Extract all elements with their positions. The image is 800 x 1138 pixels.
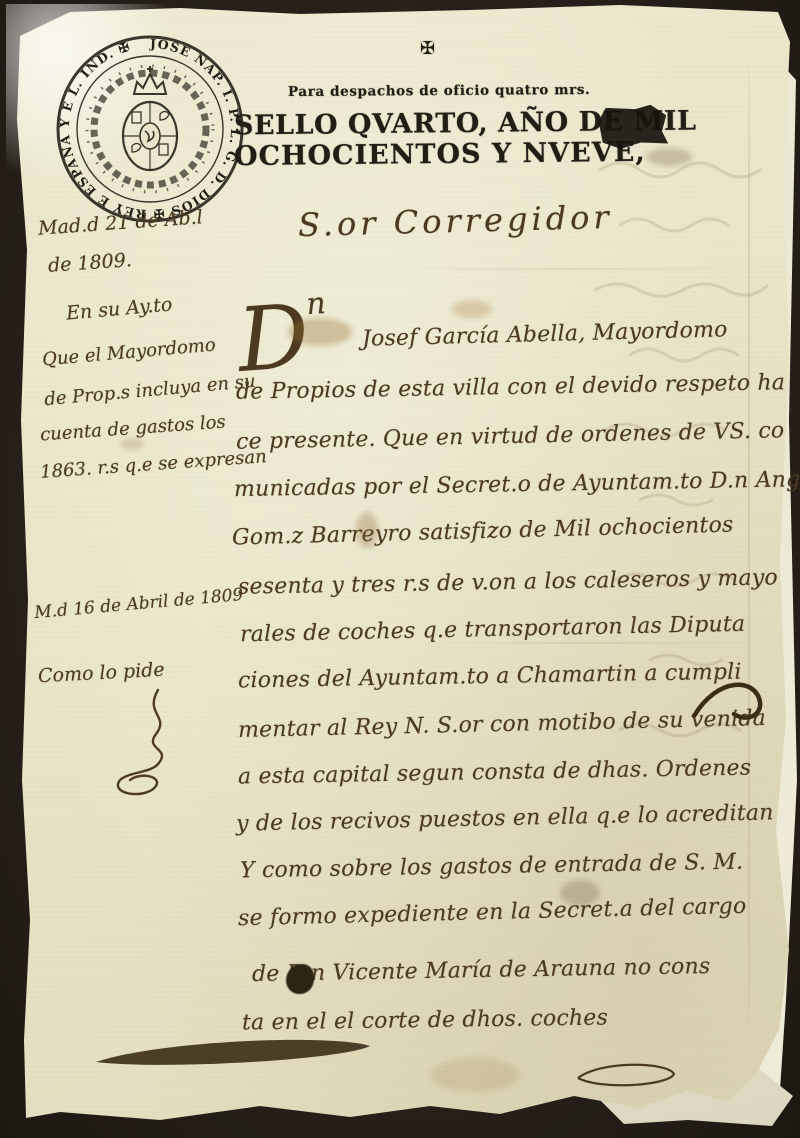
stain — [288, 318, 352, 346]
seal-center-monogram — [140, 123, 160, 149]
ink-blot — [286, 964, 314, 994]
stamp-fee-line: Para despachos de oficio quatro mrs. — [288, 82, 590, 100]
final-flourish — [92, 1032, 382, 1078]
stamp-sello-line-2: OCHOCIENTOS Y NVEVE, — [234, 137, 646, 172]
stain — [646, 148, 692, 166]
small-end-flourish — [572, 1056, 682, 1094]
cross-icon: ✠ — [420, 38, 435, 59]
rubric-flourish — [100, 686, 190, 796]
stain — [120, 438, 144, 450]
right-curl-flourish — [688, 668, 768, 738]
stain — [356, 512, 378, 548]
body-initial-superscript: n — [305, 286, 327, 322]
stain — [560, 880, 600, 906]
seal-crown-icon — [134, 66, 166, 94]
stain — [452, 300, 492, 318]
joseph-napoleon-seal: JOSE NAP. I. P. L. G. D. DIOS ✠ REY E ES… — [48, 32, 252, 226]
stain — [430, 1058, 520, 1092]
